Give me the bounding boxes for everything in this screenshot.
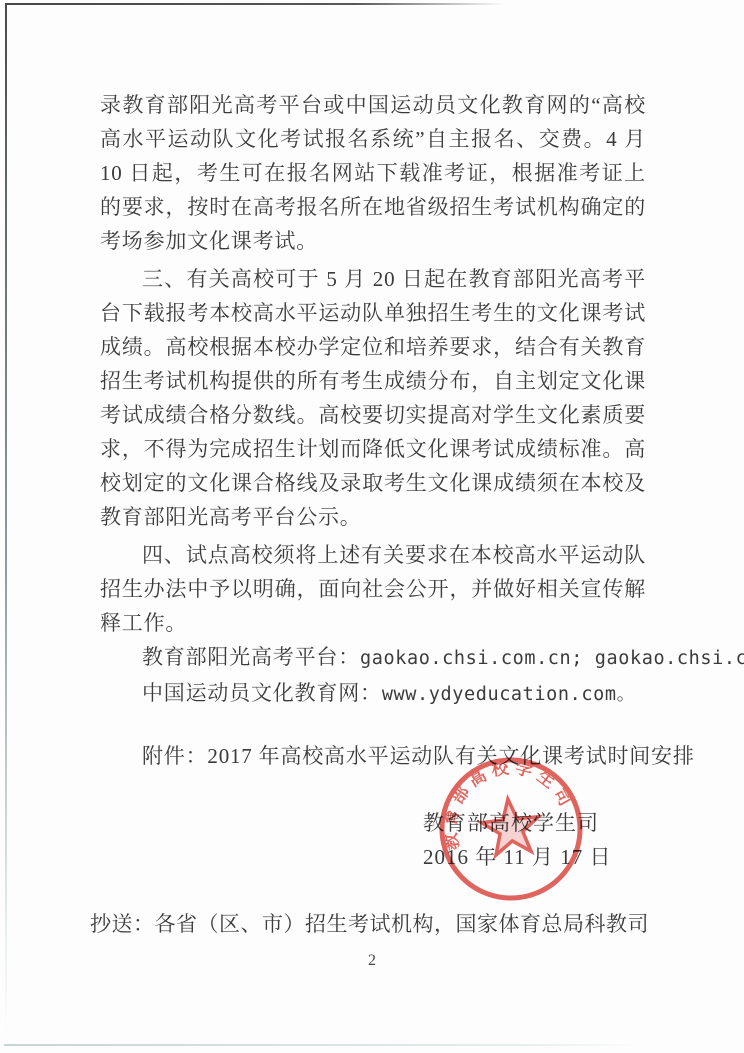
athlete-education-label: 中国运动员文化教育网：	[142, 681, 382, 705]
attachment-line: 附件：2017 年高校高水平运动队有关文化课考试时间安排	[100, 739, 646, 774]
paragraph-item-four: 四、试点高校须将上述有关要求在本校高水平运动队招生办法中予以明确，面向社会公开，…	[100, 538, 646, 640]
document-body: 录教育部阳光高考平台或中国运动员文化教育网的“高校高水平运动队文化考试报名系统”…	[100, 88, 646, 942]
cc-line: 抄送：各省（区、市）招生考试机构，国家体育总局科教司	[90, 907, 646, 942]
page-number: 2	[0, 952, 744, 970]
gaokao-platform-line: 教育部阳光高考平台：gaokao.chsi.com.cn; gaokao.chs…	[100, 640, 646, 676]
scan-border-left	[5, 3, 7, 1035]
gaokao-platform-label: 教育部阳光高考平台：	[142, 645, 360, 669]
signer-department: 教育部高校学生司	[423, 806, 646, 840]
signature-block: 教育部高校学生司 2016 年 11 月 17 日	[423, 806, 646, 874]
scan-border-bottom	[4, 1044, 644, 1046]
paragraph-registration: 录教育部阳光高考平台或中国运动员文化教育网的“高校高水平运动队文化考试报名系统”…	[100, 88, 646, 258]
signature-date: 2016 年 11 月 17 日	[423, 840, 646, 874]
paragraph-item-three: 三、有关高校可于 5 月 20 日起在教育部阳光高考平台下载报考本校高水平运动队…	[100, 262, 646, 534]
document-page: 录教育部阳光高考平台或中国运动员文化教育网的“高校高水平运动队文化考试报名系统”…	[0, 0, 744, 1053]
athlete-education-url: www.ydyeducation.com。	[382, 684, 636, 705]
gaokao-platform-urls: gaokao.chsi.com.cn; gaokao.chsi.cn。	[360, 648, 744, 669]
scan-border-top	[6, 3, 506, 5]
athlete-education-line: 中国运动员文化教育网：www.ydyeducation.com。	[100, 676, 646, 712]
